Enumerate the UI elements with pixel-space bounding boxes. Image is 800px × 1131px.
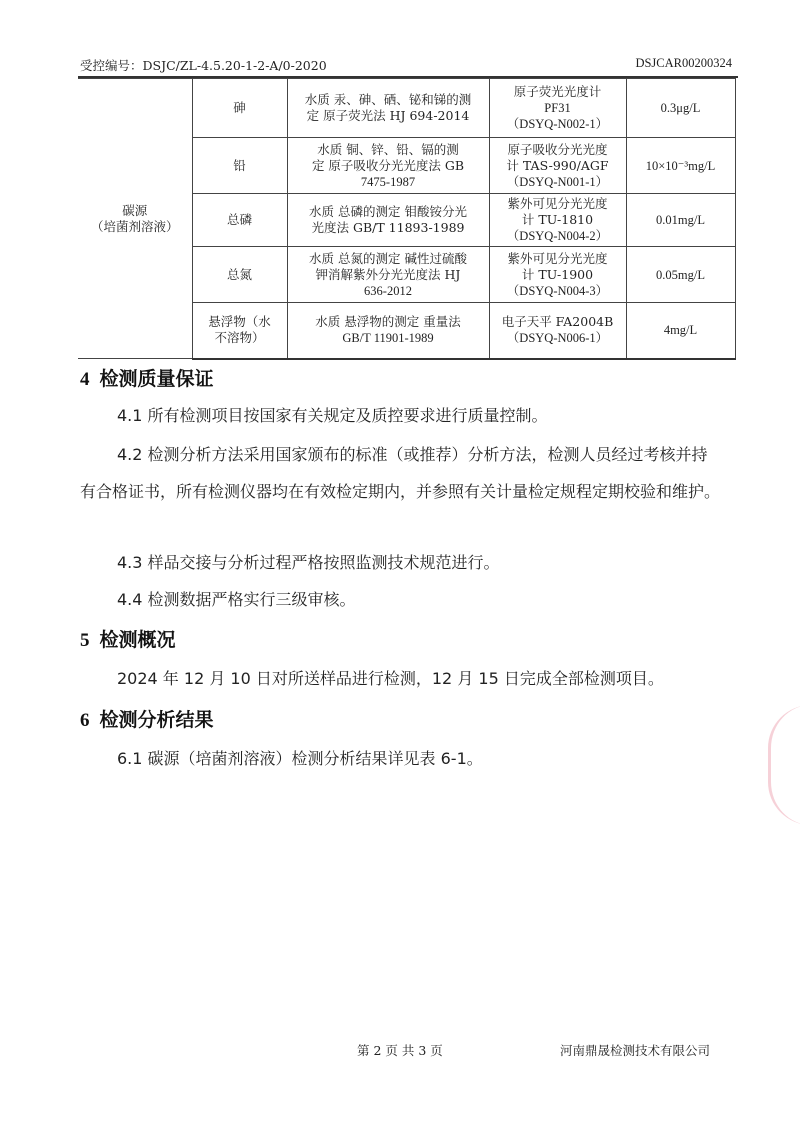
instrument-line: 计 TAS-990/AGF bbox=[494, 158, 622, 174]
method-line: 水质 总磷的测定 钼酸铵分光 bbox=[292, 204, 485, 220]
instrument-line: 原子荧光光度计 bbox=[494, 84, 622, 100]
item-cell: 总磷 bbox=[192, 194, 287, 247]
report-number: DSJCAR00200324 bbox=[635, 56, 732, 71]
page-header: 受控编号：DSJC/ZL-4.5.20-1-2-A/0-2020 DSJCAR0… bbox=[80, 56, 732, 74]
paragraph-4-3: 4.3 样品交接与分析过程严格按照监测技术规范进行。 bbox=[80, 544, 720, 581]
paragraph-4-2: 4.2 检测分析方法采用国家颁布的标准（或推荐）分析方法，检测人员经过考核并持有… bbox=[80, 436, 720, 510]
section-heading-4: 4检测质量保证 bbox=[80, 364, 214, 391]
method-line: 定 原子吸收分光光度法 GB bbox=[292, 158, 485, 174]
instrument-line: （DSYQ-N002-1） bbox=[494, 116, 622, 132]
section-heading-5: 5检测概况 bbox=[80, 625, 176, 652]
method-line: 7475-1987 bbox=[292, 174, 485, 190]
item-line: 悬浮物（水 bbox=[197, 314, 283, 330]
instrument-line: 计 TU-1810 bbox=[494, 212, 622, 228]
instrument-cell: 紫外可见分光光度 计 TU-1900 （DSYQ-N004-3） bbox=[489, 247, 626, 303]
method-cell: 水质 悬浮物的测定 重量法 GB/T 11901-1989 bbox=[287, 303, 489, 359]
detection-limit-cell: 4mg/L bbox=[626, 303, 735, 359]
paragraph-4-4: 4.4 检测数据严格实行三级审核。 bbox=[80, 581, 720, 618]
instrument-line: （DSYQ-N004-3） bbox=[494, 283, 622, 299]
instrument-line: （DSYQ-N006-1） bbox=[494, 330, 622, 346]
instrument-line: 原子吸收分光光度 bbox=[494, 142, 622, 158]
instrument-line: 电子天平 FA2004B bbox=[494, 314, 622, 330]
detection-method-table: 碳源 （培菌剂溶液） 砷 水质 汞、砷、硒、铋和锑的测 定 原子荧光法 HJ 6… bbox=[78, 78, 736, 360]
section-title: 检测分析结果 bbox=[100, 709, 214, 731]
item-line: 不溶物） bbox=[197, 330, 283, 346]
detection-limit-cell: 10×10⁻³mg/L bbox=[626, 138, 735, 194]
page-number: 第 2 页 共 3 页 bbox=[357, 1041, 443, 1059]
company-name: 河南鼎晟检测技术有限公司 bbox=[560, 1041, 710, 1059]
detection-limit-cell: 0.3μg/L bbox=[626, 79, 735, 138]
method-line: 光度法 GB/T 11893-1989 bbox=[292, 220, 485, 236]
method-line: 636-2012 bbox=[292, 283, 485, 299]
method-line: 水质 总氮的测定 碱性过硫酸 bbox=[292, 251, 485, 267]
method-cell: 水质 铜、锌、铅、镉的测 定 原子吸收分光光度法 GB 7475-1987 bbox=[287, 138, 489, 194]
section-heading-6: 6检测分析结果 bbox=[80, 705, 214, 732]
section-title: 检测概况 bbox=[100, 629, 176, 651]
paragraph-4-1: 4.1 所有检测项目按国家有关规定及质控要求进行质量控制。 bbox=[80, 397, 720, 434]
paragraph-5-1: 2024 年 12 月 10 日对所送样品进行检测，12 月 15 日完成全部检… bbox=[80, 660, 720, 697]
instrument-cell: 紫外可见分光光度 计 TU-1810 （DSYQ-N004-2） bbox=[489, 194, 626, 247]
group-label: 碳源 bbox=[82, 203, 188, 219]
section-number: 6 bbox=[80, 710, 90, 731]
paragraph-6-1: 6.1 碳源（培菌剂溶液）检测分析结果详见表 6-1。 bbox=[80, 740, 720, 777]
sample-group-cell: 碳源 （培菌剂溶液） bbox=[78, 79, 192, 359]
method-line: GB/T 11901-1989 bbox=[292, 330, 485, 346]
table-row: 碳源 （培菌剂溶液） 砷 水质 汞、砷、硒、铋和锑的测 定 原子荧光法 HJ 6… bbox=[78, 79, 735, 138]
method-cell: 水质 总氮的测定 碱性过硫酸 钾消解紫外分光光度法 HJ 636-2012 bbox=[287, 247, 489, 303]
instrument-cell: 原子荧光光度计 PF31 （DSYQ-N002-1） bbox=[489, 79, 626, 138]
instrument-line: （DSYQ-N004-2） bbox=[494, 228, 622, 244]
instrument-line: 紫外可见分光光度 bbox=[494, 196, 622, 212]
instrument-line: 紫外可见分光光度 bbox=[494, 251, 622, 267]
control-number: 受控编号：DSJC/ZL-4.5.20-1-2-A/0-2020 bbox=[80, 56, 327, 74]
seal-stamp-edge bbox=[768, 705, 800, 825]
group-label-sub: （培菌剂溶液） bbox=[82, 219, 188, 235]
method-line: 水质 汞、砷、硒、铋和锑的测 bbox=[292, 92, 485, 108]
instrument-line: PF31 bbox=[494, 100, 622, 116]
instrument-line: （DSYQ-N001-1） bbox=[494, 174, 622, 190]
section-number: 5 bbox=[80, 630, 90, 651]
method-line: 钾消解紫外分光光度法 HJ bbox=[292, 267, 485, 283]
instrument-cell: 电子天平 FA2004B （DSYQ-N006-1） bbox=[489, 303, 626, 359]
item-cell: 悬浮物（水 不溶物） bbox=[192, 303, 287, 359]
item-cell: 砷 bbox=[192, 79, 287, 138]
item-cell: 总氮 bbox=[192, 247, 287, 303]
detection-limit-cell: 0.05mg/L bbox=[626, 247, 735, 303]
section-number: 4 bbox=[80, 369, 90, 390]
instrument-cell: 原子吸收分光光度 计 TAS-990/AGF （DSYQ-N001-1） bbox=[489, 138, 626, 194]
method-cell: 水质 总磷的测定 钼酸铵分光 光度法 GB/T 11893-1989 bbox=[287, 194, 489, 247]
section-title: 检测质量保证 bbox=[100, 368, 214, 390]
item-cell: 铅 bbox=[192, 138, 287, 194]
method-cell: 水质 汞、砷、硒、铋和锑的测 定 原子荧光法 HJ 694-2014 bbox=[287, 79, 489, 138]
method-line: 水质 铜、锌、铅、镉的测 bbox=[292, 142, 485, 158]
instrument-line: 计 TU-1900 bbox=[494, 267, 622, 283]
detection-limit-cell: 0.01mg/L bbox=[626, 194, 735, 247]
method-line: 水质 悬浮物的测定 重量法 bbox=[292, 314, 485, 330]
method-line: 定 原子荧光法 HJ 694-2014 bbox=[292, 108, 485, 124]
